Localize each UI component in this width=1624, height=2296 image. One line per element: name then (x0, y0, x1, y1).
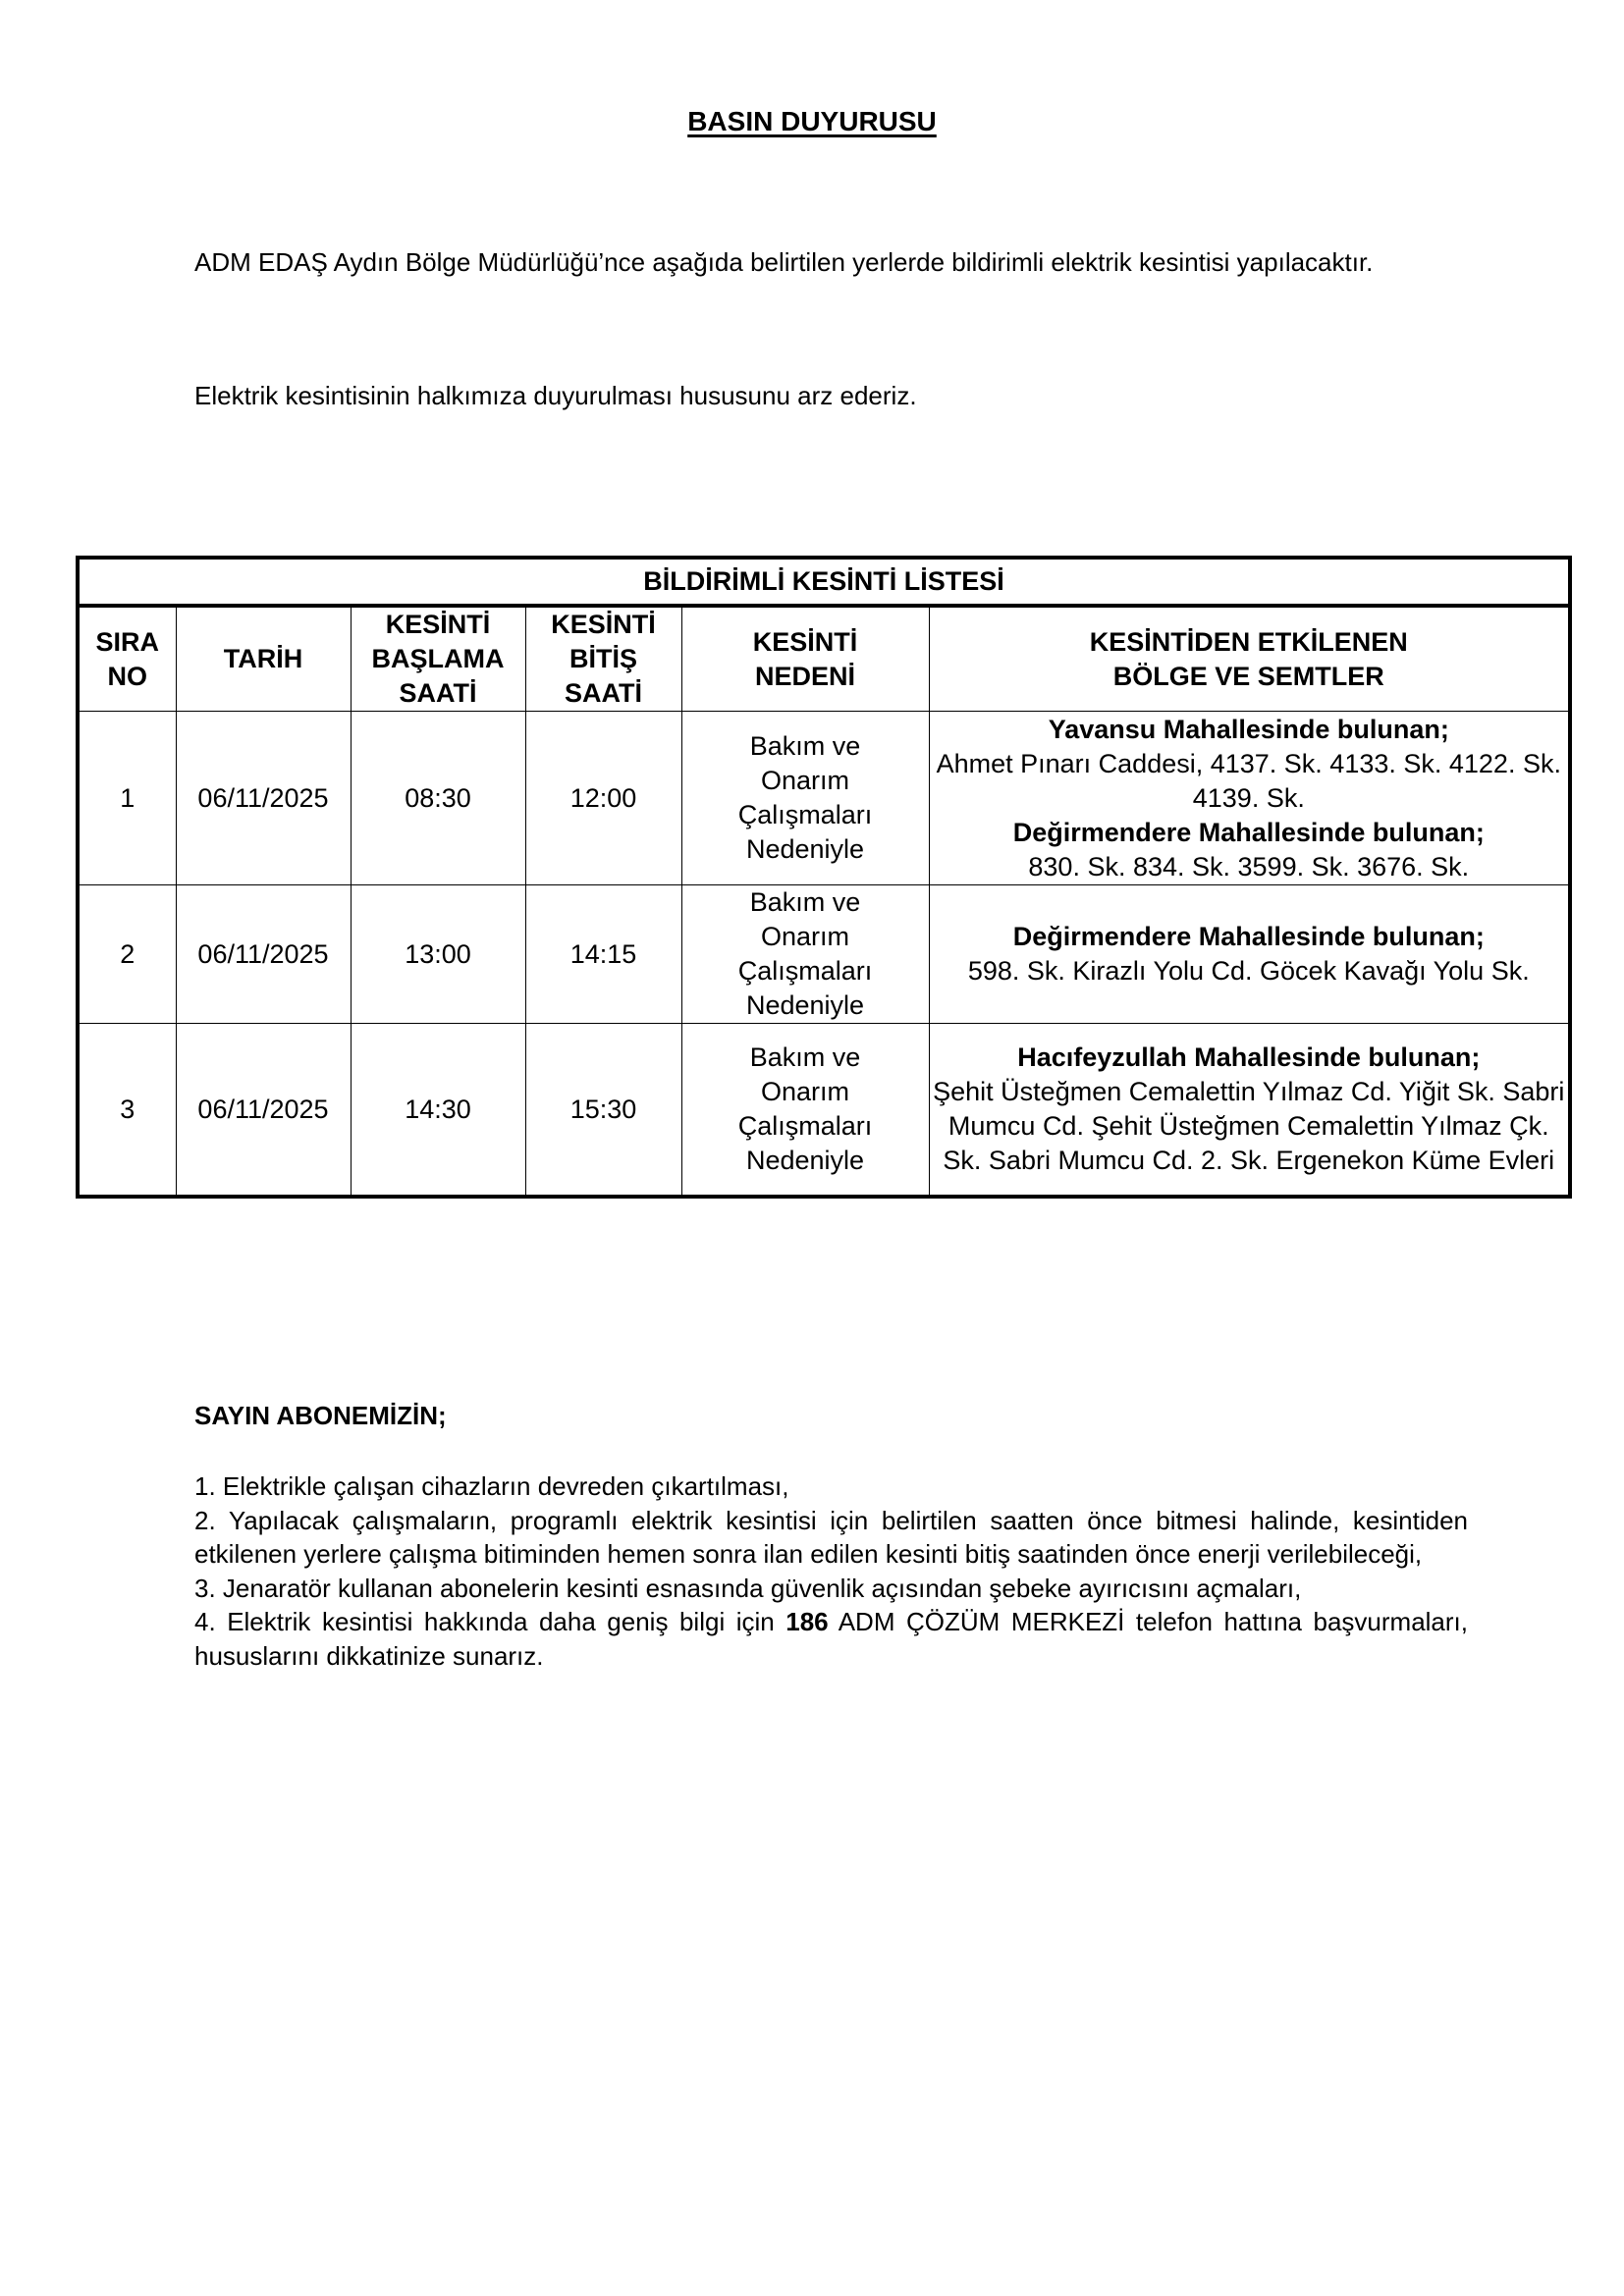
header-sira-no: SIRANO (78, 606, 176, 712)
header-text: BİTİŞ (569, 644, 637, 673)
cell-date: 06/11/2025 (176, 712, 351, 885)
notice-list: 1. Elektrikle çalışan cihazların devrede… (194, 1469, 1468, 1673)
header-text: NEDENİ (755, 662, 855, 691)
street-list: 598. Sk. Kirazlı Yolu Cd. Göcek Kavağı Y… (930, 954, 1569, 988)
notice-item: 4. Elektrik kesintisi hakkında daha geni… (194, 1605, 1468, 1673)
header-text: TARİH (224, 644, 303, 673)
cell-affected-regions: Değirmendere Mahallesinde bulunan;598. S… (929, 885, 1570, 1024)
outage-table: BİLDİRİMLİ KESİNTİ LİSTESİ SIRANOTARİHKE… (76, 556, 1572, 1199)
reason-line: Çalışmaları (738, 956, 873, 986)
street-list: Ahmet Pınarı Caddesi, 4137. Sk. 4133. Sk… (930, 747, 1569, 816)
neighborhood-name: Yavansu Mahallesinde bulunan; (930, 713, 1569, 747)
cell-date: 06/11/2025 (176, 1024, 351, 1198)
header-text: SAATİ (565, 678, 642, 708)
header-text: BÖLGE VE SEMTLER (1113, 662, 1384, 691)
notice-item: 3. Jenaratör kullanan abonelerin kesinti… (194, 1572, 1468, 1606)
cell-start-time: 14:30 (351, 1024, 525, 1198)
cell-end-time: 12:00 (525, 712, 681, 885)
header-end-time: KESİNTİBİTİŞSAATİ (525, 606, 681, 712)
header-tarih: TARİH (176, 606, 351, 712)
header-text: BAŞLAMA (372, 644, 505, 673)
header-text: KESİNTİDEN ETKİLENEN (1090, 627, 1408, 657)
notice-item-text: 2. Yapılacak çalışmaların, programlı ele… (194, 1506, 1468, 1570)
table-header-row: SIRANOTARİHKESİNTİBAŞLAMASAATİKESİNTİBİT… (78, 606, 1570, 712)
reason-line: Bakım ve (750, 1042, 861, 1072)
closing-paragraph: Elektrik kesintisinin halkımıza duyurulm… (194, 379, 1468, 412)
reason-line: Nedeniyle (746, 834, 864, 864)
neighborhood-name: Değirmendere Mahallesinde bulunan; (930, 816, 1569, 850)
notice-item-text: 3. Jenaratör kullanan abonelerin kesinti… (194, 1574, 1301, 1603)
page-title-text: BASIN DUYURUSU (687, 106, 937, 136)
table-row: 206/11/202513:0014:15Bakım veOnarımÇalış… (78, 885, 1570, 1024)
reason-line: Bakım ve (750, 887, 861, 917)
street-list: Şehit Üsteğmen Cemalettin Yılmaz Cd. Yiğ… (930, 1075, 1569, 1178)
cell-affected-regions: Hacıfeyzullah Mahallesinde bulunan;Şehit… (929, 1024, 1570, 1198)
reason-line: Çalışmaları (738, 1111, 873, 1141)
header-affected-regions: KESİNTİDEN ETKİLENENBÖLGE VE SEMTLER (929, 606, 1570, 712)
cell-end-time: 14:15 (525, 885, 681, 1024)
reason-line: Çalışmaları (738, 800, 873, 829)
notice-heading: SAYIN ABONEMİZİN; (194, 1399, 447, 1432)
cell-reason: Bakım veOnarımÇalışmalarıNedeniyle (681, 712, 929, 885)
intro-paragraph: ADM EDAŞ Aydın Bölge Müdürlüğü’nce aşağı… (194, 245, 1468, 279)
table-row: 306/11/202514:3015:30Bakım veOnarımÇalış… (78, 1024, 1570, 1198)
cell-sira-no: 2 (78, 885, 176, 1024)
neighborhood-name: Değirmendere Mahallesinde bulunan; (930, 920, 1569, 954)
neighborhood-name: Hacıfeyzullah Mahallesinde bulunan; (930, 1041, 1569, 1075)
cell-date: 06/11/2025 (176, 885, 351, 1024)
cell-reason: Bakım veOnarımÇalışmalarıNedeniyle (681, 1024, 929, 1198)
header-text: SIRA (95, 627, 159, 657)
notice-item: 2. Yapılacak çalışmaların, programlı ele… (194, 1504, 1468, 1572)
header-text: KESİNTİ (551, 610, 656, 639)
reason-line: Nedeniyle (746, 990, 864, 1020)
header-text: KESİNTİ (386, 610, 491, 639)
cell-reason: Bakım veOnarımÇalışmalarıNedeniyle (681, 885, 929, 1024)
reason-line: Onarım (761, 922, 849, 951)
reason-line: Onarım (761, 1077, 849, 1106)
cell-start-time: 08:30 (351, 712, 525, 885)
street-list: 830. Sk. 834. Sk. 3599. Sk. 3676. Sk. (930, 850, 1569, 884)
header-start-time: KESİNTİBAŞLAMASAATİ (351, 606, 525, 712)
reason-line: Bakım ve (750, 731, 861, 761)
reason-line: Onarım (761, 766, 849, 795)
notice-item: 1. Elektrikle çalışan cihazların devrede… (194, 1469, 1468, 1504)
table-title-row: BİLDİRİMLİ KESİNTİ LİSTESİ (78, 558, 1570, 606)
header-text: NO (108, 662, 148, 691)
table-body: 106/11/202508:3012:00Bakım veOnarımÇalış… (78, 712, 1570, 1198)
cell-sira-no: 1 (78, 712, 176, 885)
page-title: BASIN DUYURUSU (0, 102, 1624, 141)
table-row: 106/11/202508:3012:00Bakım veOnarımÇalış… (78, 712, 1570, 885)
header-reason: KESİNTİNEDENİ (681, 606, 929, 712)
header-text: SAATİ (400, 678, 477, 708)
cell-sira-no: 3 (78, 1024, 176, 1198)
reason-line: Nedeniyle (746, 1146, 864, 1175)
cell-affected-regions: Yavansu Mahallesinde bulunan;Ahmet Pınar… (929, 712, 1570, 885)
cell-start-time: 13:00 (351, 885, 525, 1024)
table-title: BİLDİRİMLİ KESİNTİ LİSTESİ (78, 558, 1570, 606)
cell-end-time: 15:30 (525, 1024, 681, 1198)
notice-item-text: 4. Elektrik kesintisi hakkında daha geni… (194, 1607, 785, 1636)
header-text: KESİNTİ (753, 627, 858, 657)
notice-item-text: 1. Elektrikle çalışan cihazların devrede… (194, 1471, 788, 1501)
hotline-number: 186 (785, 1607, 828, 1636)
